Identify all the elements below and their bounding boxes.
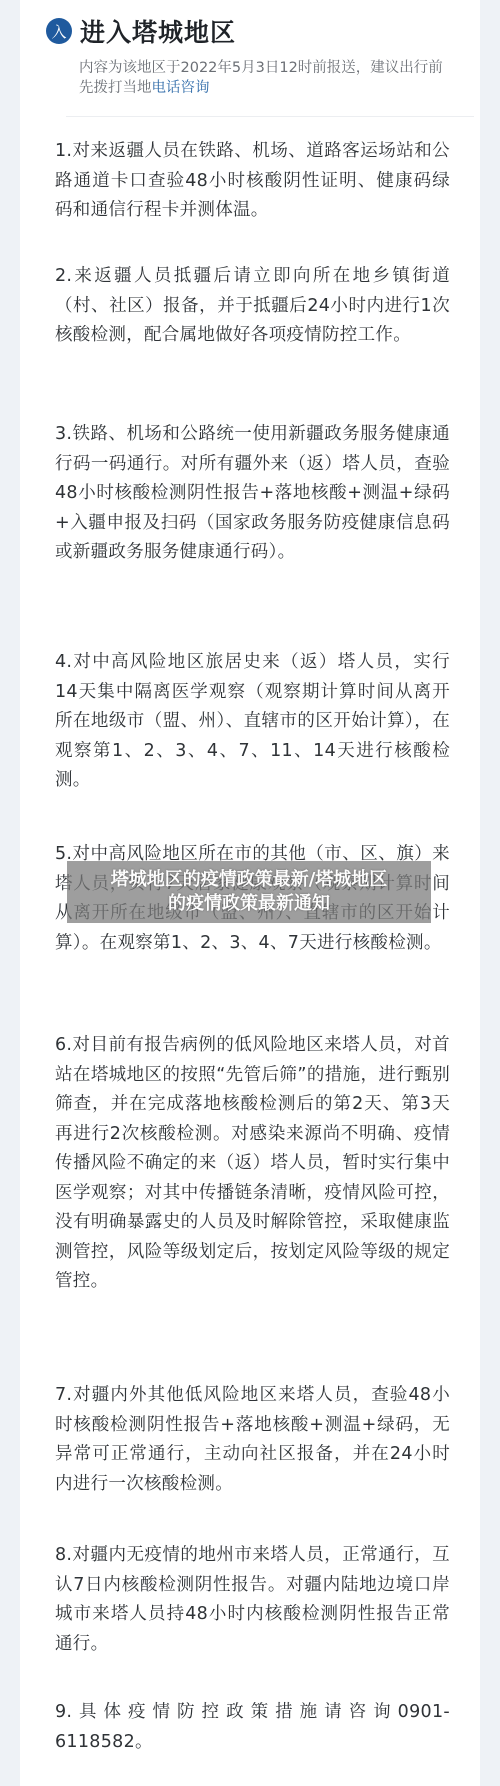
report-notice-text: 内容为该地区于2022年5月3日12时前报送，建议出行前先拨打当地: [79, 60, 443, 96]
region-header: 入 进入塔城地区 内容为该地区于2022年5月3日12时前报送，建议出行前先拨打…: [46, 16, 456, 98]
policy-item-3: 3.铁路、机场和公路统一使用新疆政务服务健康通行码一码通行。对所有疆外来（返）塔…: [55, 420, 450, 568]
policy-item-1: 1.对来返疆人员在铁路、机场、道路客运场站和公路通道卡口查验48小时核酸阴性证明…: [55, 137, 450, 226]
header-divider: [66, 116, 474, 117]
policy-item-2: 2.来返疆人员抵疆后请立即向所在地乡镇街道（村、社区）报备，并于抵疆后24小时内…: [55, 262, 450, 351]
policy-item-7: 7.对疆内外其他低风险地区来塔人员，查验48小时核酸检测阴性报告+落地核酸+测温…: [55, 1381, 450, 1499]
report-notice: 内容为该地区于2022年5月3日12时前报送，建议出行前先拨打当地电话咨询: [79, 58, 456, 98]
enter-icon: 入: [46, 18, 72, 44]
policy-item-4: 4.对中高风险地区旅居史来（返）塔人员，实行14天集中隔离医学观察（观察期计算时…: [55, 648, 450, 796]
policy-item-8: 8.对疆内无疫情的地州市来塔人员，正常通行，互认7日内核酸检测阴性报告。对疆内陆…: [55, 1541, 450, 1659]
policy-item-9: 9.具体疫情防控政策措施请咨询0901-6118582。: [55, 1698, 450, 1757]
overlay-line-1: 塔城地区的疫情政策最新/塔城地区: [111, 868, 388, 892]
page: 入 进入塔城地区 内容为该地区于2022年5月3日12时前报送，建议出行前先拨打…: [0, 0, 500, 1786]
title-row: 入 进入塔城地区: [46, 16, 456, 46]
phone-consult-link[interactable]: 电话咨询: [152, 80, 210, 96]
overlay-line-2: 的疫情政策最新通知: [168, 892, 330, 916]
page-title: 进入塔城地区: [80, 13, 236, 49]
policy-item-6: 6.对目前有报告病例的低风险地区来塔人员，对首站在塔城地区的按照“先管后筛”的措…: [55, 1031, 450, 1297]
title-overlay-banner: 塔城地区的疫情政策最新/塔城地区 的疫情政策最新通知: [67, 861, 431, 923]
